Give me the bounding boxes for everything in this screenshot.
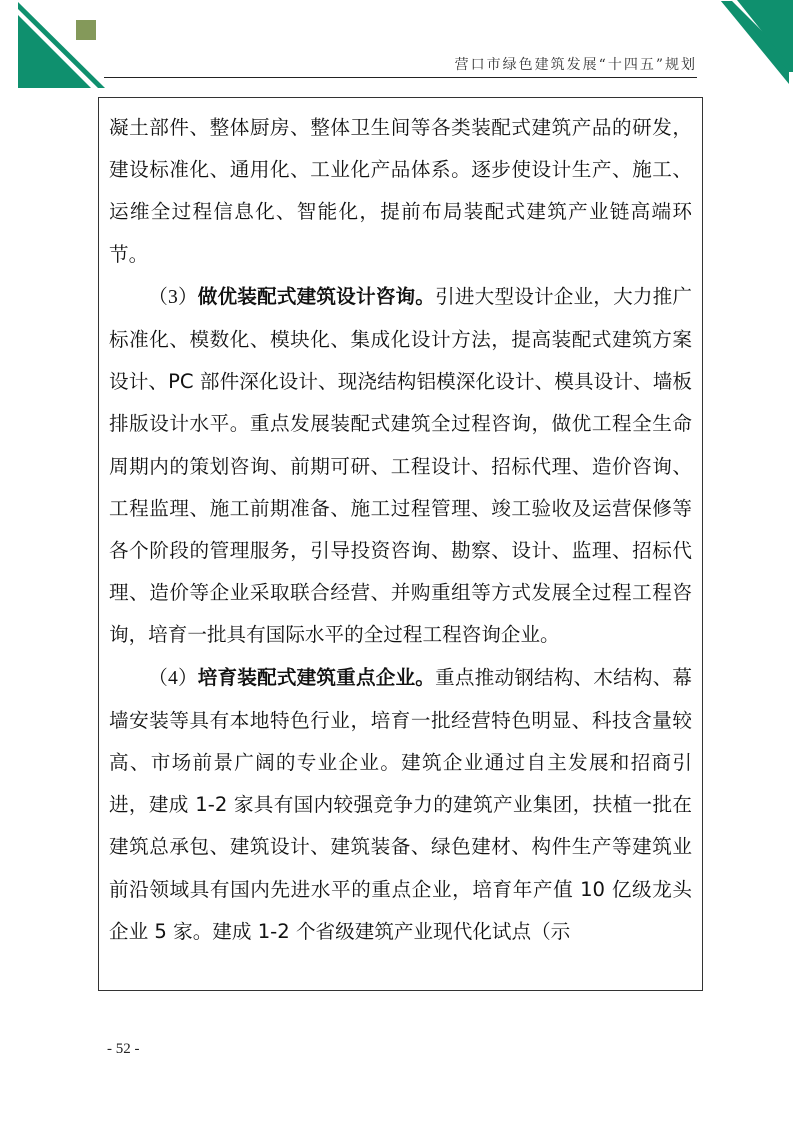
olive-square-decoration — [76, 20, 96, 40]
item-number: （4） — [148, 668, 198, 689]
item-heading: 做优装配式建筑设计咨询。 — [198, 285, 435, 308]
corner-decoration-left — [0, 0, 110, 92]
header-divider — [104, 77, 697, 78]
paragraph-design-consulting: （3）做优装配式建筑设计咨询。引进大型设计企业，大力推广标准化、模数化、模块化、… — [109, 276, 692, 657]
paragraph-text: 凝土部件、整体厨房、整体卫生间等各类装配式建筑产品的研发，建设标准化、通用化、工… — [109, 116, 692, 266]
paragraph-text: 引进大型设计企业，大力推广标准化、模数化、模块化、集成化设计方法，提高装配式建筑… — [109, 285, 692, 647]
paragraph-text: 重点推动钢结构、木结构、幕墙安装等具有本地特色行业，培育一批经营特色明显、科技含… — [109, 666, 692, 943]
page-number: - 52 - — [107, 1041, 140, 1058]
item-number: （3） — [148, 287, 198, 308]
content-frame: 凝土部件、整体厨房、整体卫生间等各类装配式建筑产品的研发，建设标准化、通用化、工… — [98, 97, 703, 991]
paragraph-key-enterprises: （4）培育装配式建筑重点企业。重点推动钢结构、木结构、幕墙安装等具有本地特色行业… — [109, 657, 692, 953]
paragraph-continuation: 凝土部件、整体厨房、整体卫生间等各类装配式建筑产品的研发，建设标准化、通用化、工… — [109, 107, 692, 276]
item-heading: 培育装配式建筑重点企业。 — [198, 666, 435, 689]
corner-decoration-right — [701, 0, 793, 92]
document-header-title: 营口市绿色建筑发展“十四五”规划 — [455, 54, 697, 74]
